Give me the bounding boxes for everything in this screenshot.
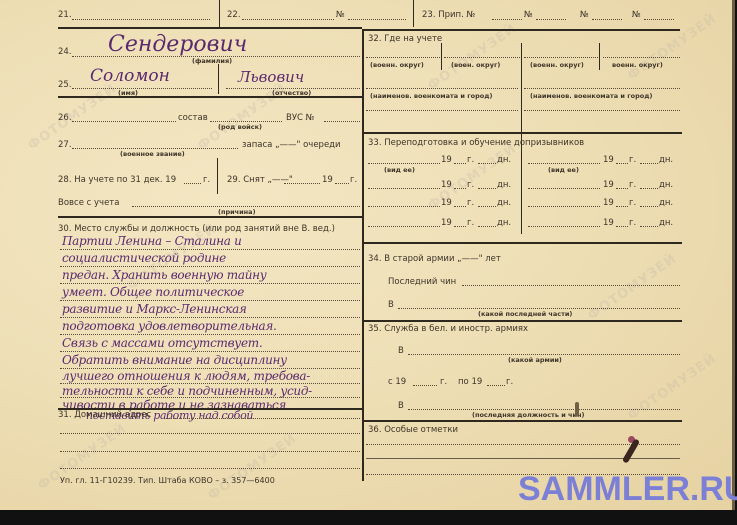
district-caption: военн. округ) bbox=[612, 61, 663, 69]
field-26-vus: ВУС № bbox=[286, 113, 315, 123]
commissariat-caption: (наименов. военкомата и город) bbox=[530, 92, 652, 100]
field-31-label: 31. Домашний адрес bbox=[58, 410, 151, 420]
field-35-army-prefix: В bbox=[398, 346, 404, 356]
field-36-label: 36. Особые отметки bbox=[368, 425, 458, 435]
field-35-from-suffix: г. bbox=[440, 377, 447, 387]
field-22-no: № bbox=[336, 10, 345, 20]
rank-caption: (военное звание) bbox=[120, 150, 185, 158]
registration-card: ФОТОМУЗЕЙ ФОТОМУЗЕЙ ФОТОМУЗЕЙ ФОТОМУЗЕЙ … bbox=[0, 0, 735, 510]
column-divider bbox=[362, 29, 364, 481]
branch-caption: (род войск) bbox=[218, 123, 262, 131]
field-23-no2: № bbox=[524, 10, 533, 20]
watermark: ФОТОМУЗЕЙ bbox=[25, 81, 119, 153]
surname-handwritten: Сендерович bbox=[108, 32, 247, 57]
field-35-to-suffix: г. bbox=[506, 377, 513, 387]
surname-caption: (фамилия) bbox=[192, 57, 232, 65]
field-23-no3: № bbox=[580, 10, 589, 20]
field-27-label: 27. bbox=[58, 140, 72, 150]
watermark: ФОТОМУЗЕЙ bbox=[625, 11, 719, 83]
field-34-label: 34. В старой армии „——" лет bbox=[368, 254, 501, 264]
field-21-label: 21. bbox=[58, 10, 72, 20]
field-26-sostav: состав bbox=[178, 113, 208, 123]
divider bbox=[413, 0, 414, 27]
field-27-reserve: запаса „——" очереди bbox=[242, 140, 341, 150]
site-watermark: SAMMLER.RU bbox=[518, 470, 737, 509]
field-32-label: 32. Где на учете bbox=[368, 34, 442, 44]
watermark: ФОТОМУЗЕЙ bbox=[585, 251, 679, 323]
print-imprint: Уп. гл. 11-Г10239. Тип. Штаба КОВО – з. … bbox=[60, 476, 275, 485]
field-23-label: 23. Прип. № bbox=[422, 10, 475, 20]
field-34-last-rank: Последний чин bbox=[388, 277, 456, 287]
district-caption: (военн. округ) bbox=[530, 61, 584, 69]
last-position-caption: (последняя должность и чин) bbox=[472, 411, 585, 419]
field-35-to: по 19 bbox=[458, 377, 482, 387]
field-34-unit-prefix: В bbox=[388, 300, 394, 310]
watermark: ФОТОМУЗЕЙ bbox=[625, 351, 719, 423]
field-29-year: 19 bbox=[322, 175, 333, 185]
field-35-post-prefix: В bbox=[398, 401, 404, 411]
district-caption: (военн. округ) bbox=[370, 61, 424, 69]
ink-stain bbox=[575, 402, 579, 416]
patronymic-handwritten: Львович bbox=[238, 68, 304, 86]
commissariat-caption: (наименов. военкомата и город) bbox=[370, 92, 492, 100]
deregistration-label: Вовсе с учета bbox=[58, 198, 119, 208]
field-26-label: 26. bbox=[58, 113, 72, 123]
field-29-year-suffix: г. bbox=[350, 175, 357, 185]
district-caption: (воен. округ) bbox=[451, 61, 500, 69]
army-caption: (какой армии) bbox=[508, 356, 562, 364]
first-name-handwritten: Соломон bbox=[90, 66, 170, 86]
reason-caption: (причина) bbox=[218, 208, 256, 216]
field-25-label: 25. bbox=[58, 80, 72, 90]
field-35-label: 35. Служба в бел. и иностр. армиях bbox=[368, 324, 528, 334]
field-22-label: 22. bbox=[227, 10, 241, 20]
field-33-label: 33. Переподготовка и обучение допризывни… bbox=[368, 138, 584, 148]
field-30-label: 30. Место службы и должность (или род за… bbox=[58, 224, 335, 234]
divider bbox=[219, 0, 220, 27]
field-24-label: 24. bbox=[58, 47, 72, 57]
field-35-from: с 19 bbox=[388, 377, 406, 387]
field-23-no4: № bbox=[632, 10, 641, 20]
field-29-label: 29. Снят „——" bbox=[227, 175, 293, 185]
field-28-label: 28. На учете по 31 дек. 19 bbox=[58, 175, 176, 185]
last-unit-caption: (какой последней части) bbox=[478, 310, 572, 318]
field-28-year-suffix: г. bbox=[203, 175, 210, 185]
